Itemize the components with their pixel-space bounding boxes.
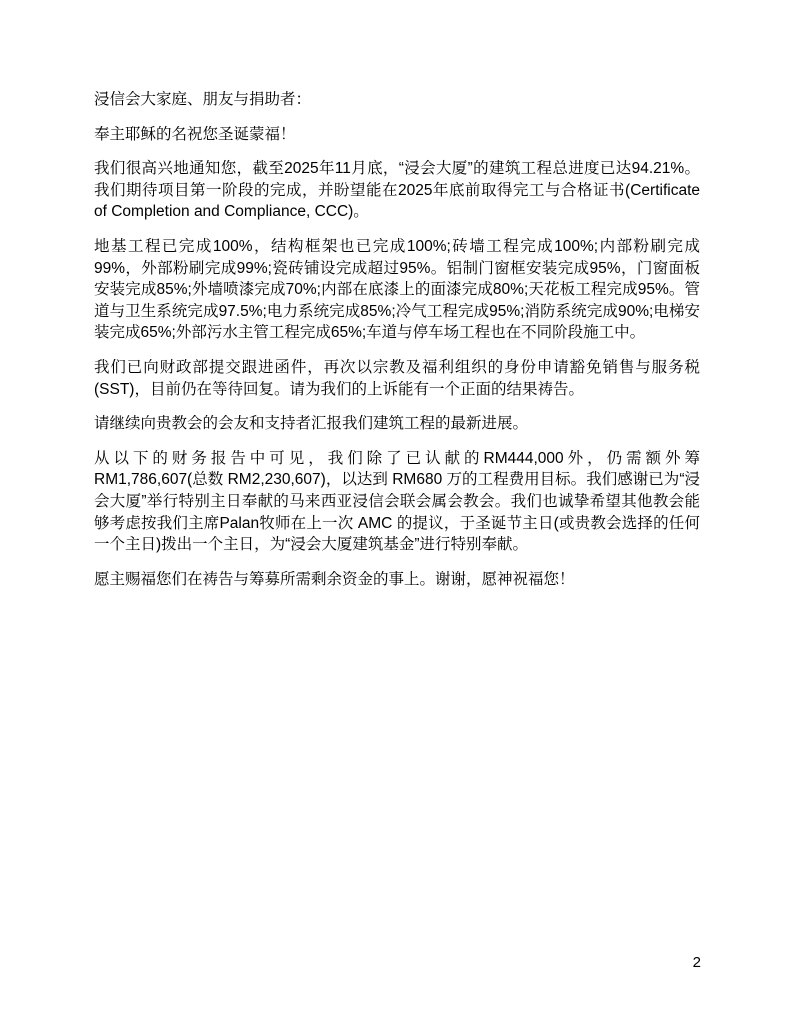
page-number: 2 (693, 954, 701, 972)
salutation: 浸信会大家庭、朋友与捐助者： (94, 89, 700, 111)
letter-page: 浸信会大家庭、朋友与捐助者： 奉主耶稣的名祝您圣诞蒙福！ 我们很高兴地通知您，截… (0, 0, 792, 1024)
progress-summary-paragraph: 我们很高兴地通知您，截至2025年11月底，“浸会大厦”的建筑工程总进度已达94… (94, 158, 700, 223)
letter-body: 浸信会大家庭、朋友与捐助者： 奉主耶稣的名祝您圣诞蒙福！ 我们很高兴地通知您，截… (94, 89, 700, 603)
closing-blessing-paragraph: 愿主赐福您们在祷告与筹募所需剩余资金的事上。谢谢，愿神祝福您！ (94, 569, 700, 591)
greeting-line: 奉主耶稣的名祝您圣诞蒙福！ (94, 124, 700, 146)
construction-progress-detail-paragraph: 地基工程已完成100%，结构框架也已完成100%;砖墙工程完成100%;内部粉刷… (94, 236, 700, 344)
financial-appeal-paragraph: 从以下的财务报告中可见，我们除了已认献的RM444,000外，仍需额外筹RM1,… (94, 448, 700, 556)
update-request-paragraph: 请继续向贵教会的会友和支持者汇报我们建筑工程的最新进展。 (94, 413, 700, 435)
sst-exemption-paragraph: 我们已向财政部提交跟进函件，再次以宗教及福利组织的身份申请豁免销售与服务税(SS… (94, 357, 700, 400)
